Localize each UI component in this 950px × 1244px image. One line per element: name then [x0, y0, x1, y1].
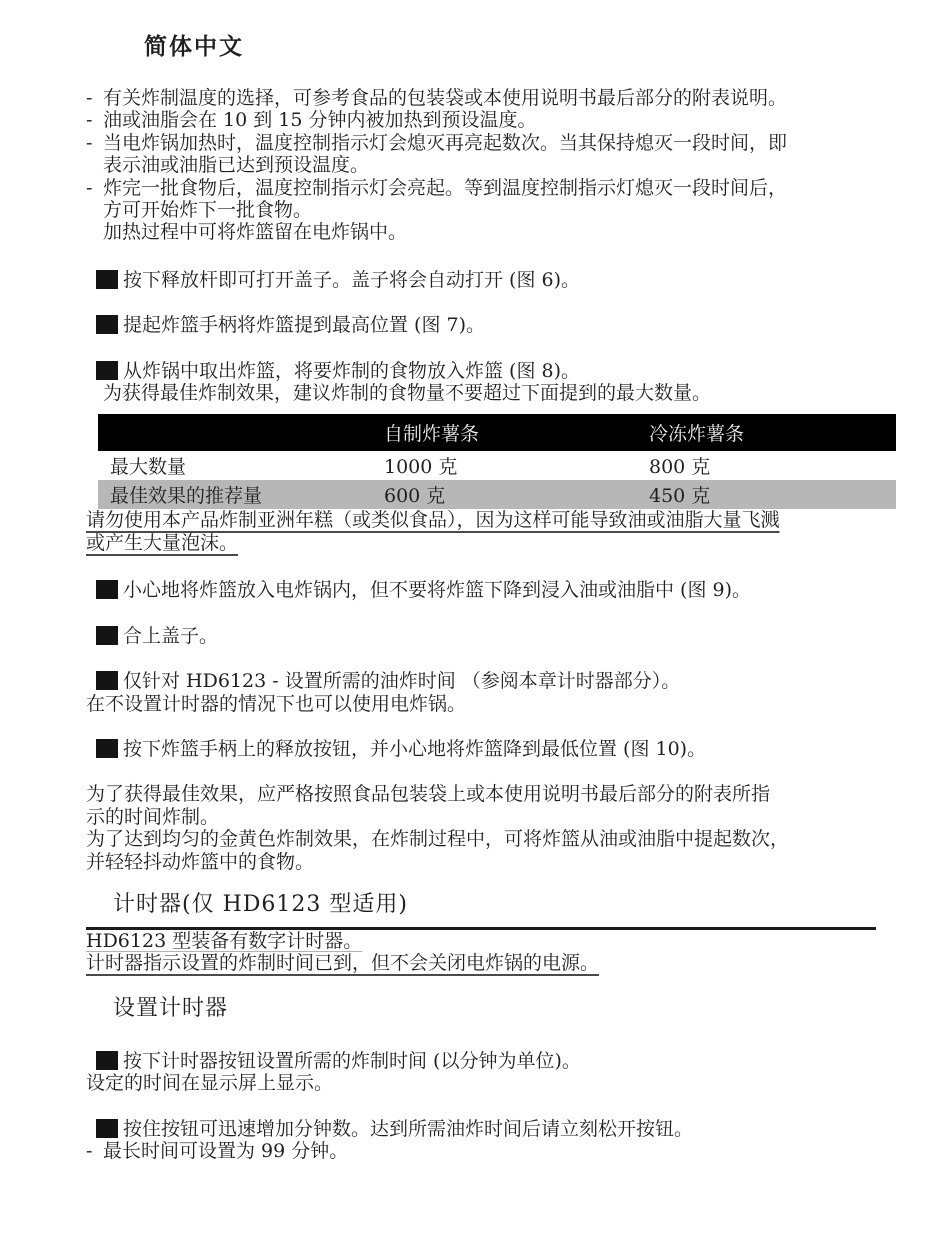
step-number-marker [96, 361, 118, 380]
step-item: 从炸锅中取出炸篮，将要炸制的食物放入炸篮 (图 8)。 为获得最佳炸制效果，建议… [86, 360, 876, 405]
timer-note: 计时器指示设置的炸制时间已到，但不会关闭电炸锅的电源。 [86, 952, 876, 974]
table-header-homemade: 自制炸薯条 [372, 414, 637, 451]
step-item: 按下炸篮手柄上的释放按钮，并小心地将炸篮降到最低位置 (图 10)。 [86, 738, 876, 760]
dash-marker: - [86, 109, 103, 131]
table-header-empty [98, 414, 372, 451]
dash-marker: - [86, 1140, 103, 1162]
set-timer-subheading: 设置计时器 [113, 991, 876, 1022]
tip-text: 为了达到均匀的金黄色炸制效果，在炸制过程中，可将炸篮从油或油脂中提起数次， 并轻… [86, 828, 876, 873]
step-number-marker [96, 270, 118, 289]
intro-bullet-list: - 有关炸制温度的选择，可参考食品的包装袋或本使用说明书最后部分的附表说明。 -… [86, 87, 876, 221]
table-row: 最佳效果的推荐量 600 克 450 克 [98, 480, 896, 509]
step-item: 提起炸篮手柄将炸篮提到最高位置 (图 7)。 [86, 314, 876, 336]
step-text: 仅针对 HD6123 - 设置所需的油炸时间 （参阅本章计时器部分）。 [123, 670, 680, 692]
step-item: 按住按钮可迅速增加分钟数。达到所需油炸时间后请立刻松开按钮。 - 最长时间可设置… [86, 1118, 876, 1163]
step-text: 小心地将炸篮放入电炸锅内，但不要将炸篮下降到浸入油或油脂中 (图 9)。 [123, 579, 751, 601]
row-label: 最大数量 [98, 451, 372, 480]
step-number-marker [96, 580, 118, 599]
step-item: 小心地将炸篮放入电炸锅内，但不要将炸篮下降到浸入油或油脂中 (图 9)。 [86, 579, 876, 601]
step-item: 仅针对 HD6123 - 设置所需的油炸时间 （参阅本章计时器部分）。 在不设置… [86, 670, 876, 715]
manual-page: 简体中文 - 有关炸制温度的选择，可参考食品的包装袋或本使用说明书最后部分的附表… [0, 0, 950, 1244]
step-text: 按住按钮可迅速增加分钟数。达到所需油炸时间后请立刻松开按钮。 [123, 1118, 693, 1140]
step-number-marker [96, 1051, 118, 1070]
step-subtext: 在不设置计时器的情况下也可以使用电炸锅。 [86, 693, 876, 715]
timer-section-heading: 计时器(仅 HD6123 型适用) [86, 887, 876, 930]
step-text: 提起炸篮手柄将炸篮提到最高位置 (图 7)。 [123, 314, 485, 336]
tip-text: 为了获得最佳效果，应严格按照食品包装袋上或本使用说明书最后部分的附表所指 示的时… [86, 783, 876, 828]
cell-homemade: 600 克 [372, 480, 637, 509]
bullet-text: 有关炸制温度的选择，可参考食品的包装袋或本使用说明书最后部分的附表说明。 [103, 87, 876, 109]
frying-tips: 为了获得最佳效果，应严格按照食品包装袋上或本使用说明书最后部分的附表所指 示的时… [86, 783, 876, 873]
cell-homemade: 1000 克 [372, 451, 637, 480]
step-number-marker [96, 671, 118, 690]
step-text: 合上盖子。 [123, 625, 218, 647]
step-text: 按下计时器按钮设置所需的炸制时间 (以分钟为单位)。 [123, 1050, 581, 1072]
step-item: 按下释放杆即可打开盖子。盖子将会自动打开 (图 6)。 [86, 269, 876, 291]
list-item: - 当电炸锅加热时，温度控制指示灯会熄灭再亮起数次。当其保持熄灭一段时间，即 表… [86, 132, 876, 177]
step-text: 从炸锅中取出炸篮，将要炸制的食物放入炸篮 (图 8)。 [123, 360, 580, 382]
bullet-text: 油或油脂会在 10 到 15 分钟内被加热到预设温度。 [103, 109, 876, 131]
section-title: 计时器(仅 HD6123 型适用) [113, 887, 876, 918]
step-text: 按下释放杆即可打开盖子。盖子将会自动打开 (图 6)。 [123, 269, 580, 291]
page-title: 简体中文 [144, 28, 876, 61]
quantity-table: 自制炸薯条 冷冻炸薯条 最大数量 1000 克 800 克 最佳效果的推荐量 6… [98, 414, 896, 509]
keep-basket-note: 加热过程中可将炸篮留在电炸锅中。 [103, 221, 876, 243]
step-number-marker [96, 739, 118, 758]
bullet-text: 最长时间可设置为 99 分钟。 [103, 1140, 876, 1162]
cell-frozen: 450 克 [637, 480, 896, 509]
list-item: - 油或油脂会在 10 到 15 分钟内被加热到预设温度。 [86, 109, 876, 131]
step-number-marker [96, 1119, 118, 1138]
dash-marker: - [86, 87, 103, 109]
step-subtext: 为获得最佳炸制效果，建议炸制的食物量不要超过下面提到的最大数量。 [103, 382, 876, 404]
table-row: 最大数量 1000 克 800 克 [98, 451, 896, 480]
table-header-row: 自制炸薯条 冷冻炸薯条 [98, 414, 896, 451]
step-number-marker [96, 315, 118, 334]
dash-marker: - [86, 132, 103, 177]
step-item: 合上盖子。 [86, 625, 876, 647]
row-label: 最佳效果的推荐量 [98, 480, 372, 509]
list-item: - 有关炸制温度的选择，可参考食品的包装袋或本使用说明书最后部分的附表说明。 [86, 87, 876, 109]
bullet-text: 当电炸锅加热时，温度控制指示灯会熄灭再亮起数次。当其保持熄灭一段时间，即 表示油… [103, 132, 876, 177]
list-item: - 最长时间可设置为 99 分钟。 [86, 1140, 876, 1162]
dash-marker: - [86, 177, 103, 222]
step-subtext: 设定的时间在显示屏上显示。 [86, 1072, 876, 1094]
step-item: 按下计时器按钮设置所需的炸制时间 (以分钟为单位)。 设定的时间在显示屏上显示。 [86, 1050, 876, 1095]
cell-frozen: 800 克 [637, 451, 896, 480]
bullet-text: 炸完一批食物后，温度控制指示灯会亮起。等到温度控制指示灯熄灭一段时间后， 方可开… [103, 177, 876, 222]
step-text: 按下炸篮手柄上的释放按钮，并小心地将炸篮降到最低位置 (图 10)。 [123, 738, 706, 760]
step-number-marker [96, 626, 118, 645]
timer-intro: HD6123 型装备有数字计时器。 [86, 930, 876, 952]
warning-note: 请勿使用本产品炸制亚洲年糕（或类似食品），因为这样可能导致油或油脂大量飞溅 或产… [86, 509, 876, 554]
table-header-frozen: 冷冻炸薯条 [637, 414, 896, 451]
list-item: - 炸完一批食物后，温度控制指示灯会亮起。等到温度控制指示灯熄灭一段时间后， 方… [86, 177, 876, 222]
